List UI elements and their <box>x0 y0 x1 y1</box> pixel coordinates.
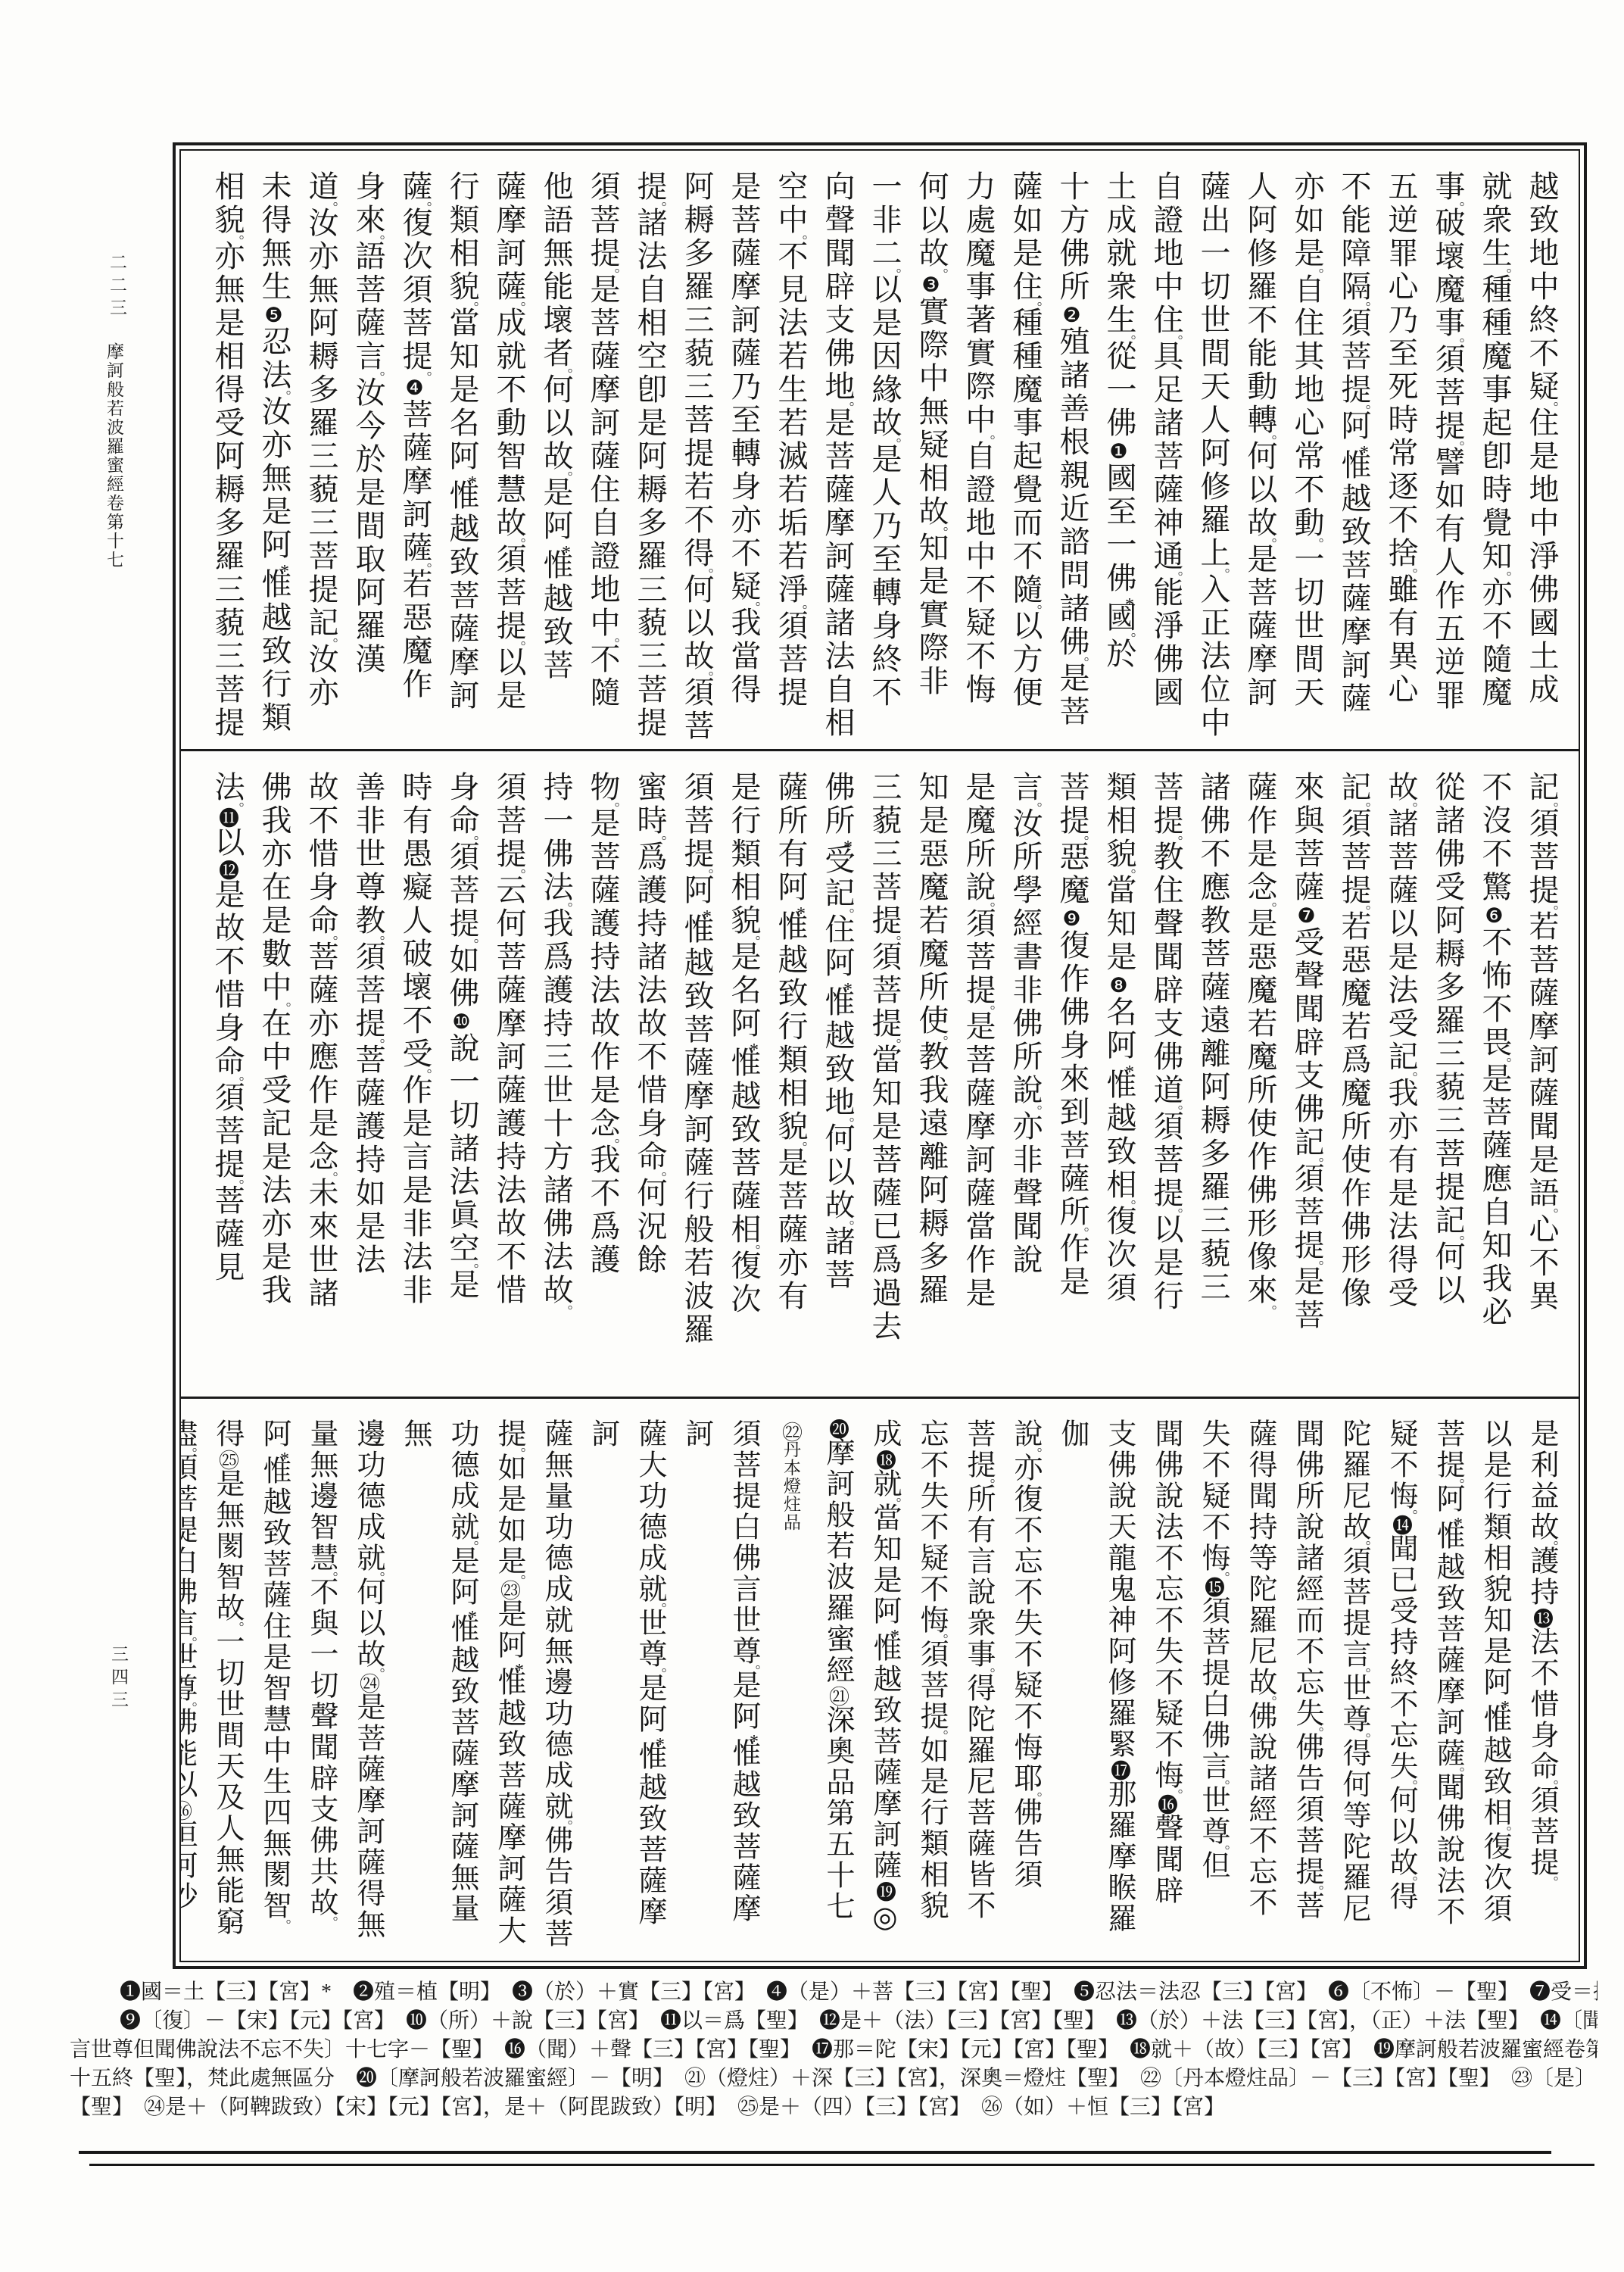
punctuation-mark: 。 <box>229 1621 245 1624</box>
text-column: 菩提。所有言說衆事。得陀羅尼菩薩皆不 <box>955 1418 1002 1955</box>
punctuation-mark: * <box>838 980 858 986</box>
apparatus-line: 十五終【聖】，梵此處無區分 ⓴〔摩訶般若波羅蜜經〕－【明】 ㉑（燈炷）＋深【三】… <box>70 2064 1598 2093</box>
margin-running-title: 摩訶般若波羅蜜經卷第十七 <box>101 342 126 570</box>
footnote-ref: ❺ <box>263 304 285 326</box>
punctuation-mark: 。 <box>1356 404 1371 407</box>
punctuation-mark: 。 <box>840 1117 855 1120</box>
footer-rule <box>79 2151 1551 2154</box>
punctuation-mark: 。 <box>511 641 526 644</box>
punctuation-mark: 。 <box>652 201 667 204</box>
punctuation-mark: * <box>1120 1063 1139 1069</box>
punctuation-mark: 。 <box>1403 1876 1418 1879</box>
register-a: 越致地中終不疑。住是地中淨佛國土成就衆生。種種魔事起卽時覺知。亦不隨魔事。破壞魔… <box>181 151 1579 749</box>
footnote-ref: ⓯ <box>1202 1577 1224 1596</box>
footnote-ref: ❹ <box>404 376 426 398</box>
punctuation-mark: * <box>556 543 576 549</box>
punctuation-mark: 。 <box>182 1702 198 1705</box>
punctuation-mark: 。 <box>1168 571 1183 574</box>
punctuation-mark: 。 <box>1356 802 1371 805</box>
footer-rule <box>89 2164 1594 2166</box>
punctuation-mark: 。 <box>605 268 620 271</box>
punctuation-mark: 。 <box>793 1141 808 1144</box>
text-column: 得㉕是無閡智故。一切世間天及人無能窮 <box>204 1418 251 1955</box>
text-column: 一非二。以是因緣故。是人乃至轉身終不 <box>861 170 908 743</box>
punctuation-mark: 。 <box>980 1668 996 1671</box>
punctuation-mark: 。 <box>652 1172 667 1175</box>
punctuation-mark: 。 <box>464 1540 479 1543</box>
punctuation-mark: 。 <box>323 1571 338 1574</box>
footnote-ref: ⓴ <box>826 1418 849 1437</box>
text-column: 空中。不見法若生若滅若垢若淨。須菩提 <box>767 170 814 743</box>
text-column: 知是惡魔若魔所使。教我遠離阿耨多羅 <box>908 771 955 1390</box>
punctuation-mark: * <box>744 1732 764 1738</box>
footnote-ref: ⓬ <box>216 860 238 879</box>
punctuation-mark: 。 <box>1168 835 1183 838</box>
punctuation-mark: * <box>838 838 858 844</box>
punctuation-mark: 。 <box>229 1179 245 1182</box>
punctuation-mark: 。 <box>1262 902 1277 905</box>
punctuation-mark: 。 <box>605 802 620 805</box>
punctuation-mark: * <box>1495 1698 1515 1704</box>
punctuation-mark: 。 <box>793 604 808 607</box>
punctuation-mark: 。 <box>1450 201 1465 204</box>
punctuation-mark: * <box>463 473 482 479</box>
punctuation-mark: 。 <box>464 835 479 838</box>
text-column: 是行類相貌。是名阿*惟越致菩薩相。復次 <box>720 771 767 1390</box>
text-column: 阿耨多羅三藐三菩提若不得。何以故。須菩 <box>673 170 720 743</box>
text-frame-inner: 越致地中終不疑。住是地中淨佛國土成就衆生。種種魔事起卽時覺知。亦不隨魔事。破壞魔… <box>179 149 1580 1962</box>
punctuation-mark: 。 <box>370 235 385 238</box>
text-column: 就衆生。種種魔事起卽時覺知。亦不隨魔 <box>1471 170 1518 743</box>
text-column: 薩得聞持等陀羅尼故。佛說諸經不忘不 <box>1236 1418 1283 1955</box>
punctuation-mark: 。 <box>1403 568 1418 571</box>
punctuation-mark: * <box>650 1735 670 1741</box>
punctuation-mark: 。 <box>793 235 808 238</box>
punctuation-mark: * <box>744 1041 764 1047</box>
punctuation-mark: 。 <box>323 1172 338 1175</box>
punctuation-mark: 。 <box>746 601 761 604</box>
text-column: 行類相貌。當知是名阿*惟越致菩薩摩訶 <box>438 170 485 743</box>
text-column: 是利益故。護持⓭法不惜身命。須菩提。 <box>1518 1418 1565 1955</box>
footnote-ref: ⓮ <box>1389 1515 1412 1534</box>
punctuation-mark: 。 <box>511 301 526 304</box>
footnote-ref: ❷ <box>1061 304 1083 326</box>
text-column: 提。如是如是。㉓是阿*惟越致菩薩摩訶薩大 <box>485 1418 532 1955</box>
punctuation-mark: 。 <box>1121 335 1136 338</box>
punctuation-mark: 。 <box>229 235 245 238</box>
text-column: 功德成就。是阿*惟越致菩薩摩訶薩無量無 <box>391 1418 485 1955</box>
punctuation-mark: 。 <box>1403 802 1418 805</box>
punctuation-mark: 。 <box>1027 802 1043 805</box>
footnote-ref: ㉒ <box>779 1422 802 1440</box>
punctuation-mark: 。 <box>652 835 667 838</box>
punctuation-mark: 。 <box>1309 268 1324 271</box>
punctuation-mark: 。 <box>558 1305 573 1308</box>
punctuation-mark: 。 <box>1074 657 1089 660</box>
punctuation-mark: 。 <box>1450 1767 1465 1770</box>
punctuation-mark: 。 <box>511 869 526 872</box>
punctuation-mark: 。 <box>746 1244 761 1247</box>
text-column: 是菩薩摩訶薩乃至轉身亦不疑。我當得 <box>720 170 767 743</box>
footnote-ref: ⓲ <box>873 1450 896 1468</box>
text-column: 亦如是。自住其地心常不動。一切世間天 <box>1283 170 1330 743</box>
punctuation-mark: 。 <box>1027 1792 1043 1795</box>
text-column: 相貌。亦無是相得受阿耨多羅三藐三菩提 <box>204 170 251 743</box>
text-column: 薩摩訶薩。成就不動智慧故。須菩提。以是 <box>485 170 532 743</box>
punctuation-mark: 。 <box>1450 1478 1465 1481</box>
punctuation-mark: 。 <box>605 1138 620 1141</box>
punctuation-mark: 。 <box>1074 835 1089 838</box>
text-column: 薩作是念。是惡魔若魔所使作佛形像來。 <box>1236 771 1283 1390</box>
text-column: 越致地中終不疑。住是地中淨佛國土成 <box>1518 170 1565 743</box>
punctuation-mark: 。 <box>1309 1157 1324 1160</box>
punctuation-mark: 。 <box>558 902 573 905</box>
punctuation-mark: 。 <box>511 1447 526 1450</box>
punctuation-mark: 。 <box>464 1263 479 1266</box>
text-column: 人阿修羅不能動轉。何以故。是菩薩摩訶 <box>1236 170 1283 743</box>
text-column: 失不疑不悔。⓯須菩提白佛言。世尊。但 <box>1189 1418 1236 1955</box>
footnote-ref: ㉖ <box>181 1800 192 1819</box>
footnote-ref: ⓭ <box>1530 1608 1553 1627</box>
text-column: ⓴摩訶般若波羅蜜經㉑深奧品第五十七 <box>814 1418 861 1955</box>
footnote-ref: ❸ <box>920 273 943 295</box>
punctuation-mark: * <box>275 1450 295 1456</box>
punctuation-mark: 。 <box>1356 1733 1371 1736</box>
punctuation-mark: 。 <box>1544 1780 1559 1783</box>
text-column: 身來。語菩薩言。汝今於是間取阿羅漢 <box>344 170 391 743</box>
punctuation-mark: 。 <box>887 438 902 441</box>
margin-folio-number: 二二三 <box>104 253 129 321</box>
punctuation-mark: 。 <box>1356 1668 1371 1671</box>
text-column: 邊功德成就。何以故。㉔是菩薩摩訶薩得無 <box>344 1418 391 1955</box>
register-b: 記。須菩提。若菩薩摩訶薩聞是語。心不異不沒不驚❻不怖不畏。是菩薩應自知我必從諸佛… <box>181 751 1579 1397</box>
text-column: 薩所有阿*惟越致行類相貌。是菩薩亦有 <box>767 771 814 1390</box>
text-column: 諸佛不應教菩薩遠離阿耨多羅三藐三 <box>1189 771 1236 1390</box>
text-column: 須菩提。阿*惟越致菩薩摩訶薩行般若波羅 <box>673 771 720 1390</box>
punctuation-mark: 。 <box>558 1820 573 1823</box>
punctuation-mark: 。 <box>1403 1780 1418 1783</box>
punctuation-mark: 。 <box>1544 802 1559 805</box>
punctuation-mark: 。 <box>323 935 338 938</box>
text-column: 薩。復次須菩提。❹菩薩摩訶薩。若惡魔作 <box>391 170 438 743</box>
footnote-ref: ❽ <box>1108 974 1130 996</box>
punctuation-mark: 。 <box>1356 905 1371 908</box>
punctuation-mark: 。 <box>746 935 761 938</box>
punctuation-mark: 。 <box>1497 1826 1512 1829</box>
text-column: 善非世尊教。須菩提。菩薩護持如是法 <box>344 771 391 1390</box>
punctuation-mark: 。 <box>1309 1260 1324 1263</box>
punctuation-mark: 。 <box>1074 1227 1089 1230</box>
text-column: 故不惜身命。菩薩亦應作是念。未來世諸 <box>298 771 344 1390</box>
text-column: 他語無能壞者。何以故。是阿*惟越致菩 <box>532 170 579 743</box>
punctuation-mark: 。 <box>840 401 855 404</box>
punctuation-mark: 。 <box>605 638 620 641</box>
punctuation-mark: * <box>1448 1515 1468 1521</box>
punctuation-mark: 。 <box>1262 435 1277 438</box>
footnote-ref: ❼ <box>1295 904 1318 926</box>
punctuation-mark: 。 <box>1544 1540 1559 1543</box>
punctuation-mark: 。 <box>276 1002 291 1005</box>
text-column: 未得無生❺忍法。汝亦無是阿*惟越致行類 <box>251 170 298 743</box>
footnote-ref: ⓳ <box>873 1881 896 1900</box>
punctuation-mark: 。 <box>1027 1447 1043 1450</box>
text-column: 時有愚癡人破壞不受。作是言是非法非 <box>391 771 438 1390</box>
text-column: 來與菩薩❼受聲聞辟支佛記。須菩提。是菩 <box>1283 771 1330 1390</box>
punctuation-mark: 。 <box>229 802 245 805</box>
punctuation-mark: 。 <box>699 671 714 674</box>
text-column: 道。汝亦無阿耨多羅三藐三菩提記。汝亦 <box>298 170 344 743</box>
punctuation-mark: 。 <box>1309 1727 1324 1730</box>
text-column: 薩無量功德成就無邊功德成就。佛告須菩 <box>532 1418 579 1955</box>
apparatus-line: 【聖】 ㉔是＋（阿鞞跋致）【宋】【元】【宮】，是＋（阿毘跋致）【明】 ㉕是＋（四… <box>70 2093 1598 2122</box>
punctuation-mark: * <box>791 904 811 910</box>
punctuation-mark: 。 <box>323 201 338 204</box>
punctuation-mark: 。 <box>1403 1072 1418 1075</box>
text-column: 量無邊智慧。不與一切聲聞辟支佛共故。 <box>298 1418 344 1955</box>
footnote-ref: ㉓ <box>497 1580 520 1599</box>
text-column: 自證地中住。具足諸菩薩神通。能淨佛國 <box>1142 170 1189 743</box>
punctuation-mark: 。 <box>1544 905 1559 908</box>
punctuation-mark: 。 <box>980 1478 996 1481</box>
punctuation-mark: 。 <box>1168 335 1183 338</box>
text-column: 說。亦復不忘不失不疑不悔耶。佛告須 <box>1002 1418 1049 1955</box>
punctuation-mark: 。 <box>1497 268 1512 271</box>
text-column: 以是行類相貌知是阿*惟越致相。復次須 <box>1471 1418 1518 1955</box>
text-column: 五逆罪心乃至死時常逐不捨。雖有異心 <box>1377 170 1424 743</box>
punctuation-mark: 。 <box>323 1916 338 1919</box>
punctuation-mark: 。 <box>887 268 902 271</box>
punctuation-mark: 。 <box>1403 1509 1418 1512</box>
punctuation-mark: 。 <box>417 1069 432 1072</box>
text-column: 是魔所說。須菩提。是菩薩摩訶薩當作是 <box>955 771 1002 1390</box>
punctuation-mark: 。 <box>511 1574 526 1578</box>
punctuation-mark: 。 <box>1262 1305 1277 1308</box>
punctuation-mark: * <box>697 907 717 913</box>
punctuation-mark: 。 <box>1121 632 1136 635</box>
punctuation-mark: 。 <box>840 1220 855 1223</box>
footnote-ref: ⓫ <box>216 807 238 826</box>
text-column: 類相貌。當知是❽名阿*惟越致相。復次須 <box>1096 771 1142 1390</box>
punctuation-mark: 。 <box>276 1919 291 1922</box>
apparatus-block: ❶國＝土【三】【宮】* ❷殖＝植【明】 ❸（於）＋實【三】【宮】 ❹（是）＋菩【… <box>70 1978 1598 2122</box>
text-column: 忘不失不疑不悔。須菩提。如是行類相貌 <box>908 1418 955 1955</box>
text-column: 薩出一切世間天人阿修羅上。入正法位中 <box>1189 170 1236 743</box>
footnote-ref: ㉑ <box>826 1686 849 1705</box>
punctuation-mark: 。 <box>276 390 291 393</box>
punctuation-mark: 。 <box>1168 1789 1183 1792</box>
punctuation-mark: 。 <box>511 538 526 541</box>
punctuation-mark: 。 <box>934 268 949 271</box>
punctuation-mark: 。 <box>464 301 479 304</box>
punctuation-mark: 。 <box>1262 1696 1277 1699</box>
text-column: 菩提。惡魔❾復作佛身來到菩薩所。作是 <box>1049 771 1096 1390</box>
text-column: 蜜時。爲護持諸法故不惜身命。何況餘 <box>626 771 673 1390</box>
punctuation-mark: 。 <box>370 371 385 374</box>
punctuation-mark: 。 <box>1356 301 1371 304</box>
text-column: 須菩提。是菩薩摩訶薩住自證地中。不隨 <box>579 170 626 743</box>
punctuation-mark: * <box>510 1661 529 1667</box>
punctuation-mark: 。 <box>1168 1208 1183 1211</box>
punctuation-mark: 。 <box>558 471 573 474</box>
text-column: 記。須菩提。若菩薩摩訶薩聞是語。心不異 <box>1518 771 1565 1390</box>
text-column: 不沒不驚❻不怖不畏。是菩薩應自知我必 <box>1471 771 1518 1390</box>
text-column: 薩大功德成就。世尊。是阿*惟越致菩薩摩訶 <box>579 1418 673 1955</box>
text-frame: 越致地中終不疑。住是地中淨佛國土成就衆生。種種魔事起卽時覺知。亦不隨魔事。破壞魔… <box>173 142 1587 1969</box>
text-column: 聞佛說法不忘不失不疑不悔。⓰聲聞辟 <box>1142 1418 1189 1955</box>
text-column: 疑不悔。⓮聞已受持終不忘失。何以故。得 <box>1377 1418 1424 1955</box>
punctuation-mark: 。 <box>370 1038 385 1041</box>
punctuation-mark: 。 <box>1121 869 1136 872</box>
text-column: 佛所*受記。住阿*惟越致地。何以故。諸菩 <box>814 771 861 1390</box>
text-column: 佛我亦在是數中。在中受記是法亦是我 <box>251 771 298 1390</box>
text-column: 力處魔事著實際中。自證地中不疑不悔 <box>955 170 1002 743</box>
scanned-sutra-page: { "page": { "margin_folio_number": "二二三"… <box>0 0 1624 2272</box>
punctuation-mark: 。 <box>652 1603 667 1606</box>
punctuation-mark: 。 <box>1215 1780 1230 1783</box>
punctuation-mark: 。 <box>699 568 714 571</box>
text-column: 向聲聞辟支佛地。是菩薩摩訶薩諸法自相 <box>814 170 861 743</box>
text-column: 薩如是住。種種魔事起覺而不隨。以方便 <box>1002 170 1049 743</box>
punctuation-mark: 。 <box>417 201 432 204</box>
punctuation-mark: 。 <box>1544 401 1559 404</box>
text-column: 菩提。教住聲聞辟支佛道。須菩提。以是行 <box>1142 771 1189 1390</box>
text-column: 三藐三菩提。須菩提。當知是菩薩已爲過去 <box>861 771 908 1390</box>
punctuation-mark: 。 <box>934 526 949 529</box>
punctuation-mark: 。 <box>980 435 996 438</box>
footnote-ref: ㉕ <box>216 1450 238 1468</box>
footnote-ref: ⓰ <box>1155 1794 1177 1813</box>
text-column: 聞佛所說諸經而不忘失。佛告須菩提。菩 <box>1283 1418 1330 1955</box>
punctuation-mark: * <box>1120 595 1139 601</box>
footnote-ref: ㉔ <box>357 1673 379 1692</box>
text-column: 提。諸法自相空卽是阿耨多羅三藐三菩提 <box>626 170 673 743</box>
footnote-ref: ❻ <box>1483 904 1506 926</box>
footnote-ref: ❾ <box>1061 907 1083 929</box>
text-column: 故。諸菩薩以是法受記。我亦有是法得受 <box>1377 771 1424 1390</box>
register-c: 是利益故。護持⓭法不惜身命。須菩提。以是行類相貌知是阿*惟越致相。復次須菩提。阿… <box>181 1399 1579 1961</box>
apparatus-line: ❾〔復〕－【宋】【元】【宮】 ❿（所）＋說【三】【宮】 ⓫以＝爲【聖】 ⓬是＋（… <box>70 2007 1598 2036</box>
punctuation-mark: 。 <box>746 1665 761 1668</box>
punctuation-mark: 。 <box>417 371 432 374</box>
punctuation-mark: 。 <box>1450 441 1465 444</box>
punctuation-mark: 。 <box>1309 1885 1324 1888</box>
text-column: 不能障隔。須菩提。阿*惟越致菩薩摩訶薩 <box>1330 170 1377 743</box>
apparatus-line: 言世尊但聞佛說法不忘不失〕十七字－【聖】 ⓰（聞）＋聲【三】【宮】【聖】 ⓱那＝… <box>70 2036 1598 2064</box>
punctuation-mark: 。 <box>323 638 338 641</box>
text-column: 記。須菩提。若惡魔若爲魔所使作佛形像 <box>1330 771 1377 1390</box>
text-column: 法。⓫以⓬是故不惜身命。須菩提。菩薩見 <box>204 771 251 1390</box>
text-column: 從諸佛受阿耨多羅三藐三菩提記。何以 <box>1424 771 1471 1390</box>
punctuation-mark: * <box>885 1627 905 1633</box>
text-column: 十方佛所❷殖諸善根親近諮問諸佛。是菩 <box>1049 170 1096 743</box>
punctuation-mark: 。 <box>1497 571 1512 574</box>
punctuation-mark: 。 <box>887 1497 902 1500</box>
text-column: 盡。須菩提白佛言。世尊。佛能以㉖恒河沙 <box>181 1418 204 1955</box>
margin-page-number: 三四三 <box>106 1645 131 1713</box>
punctuation-mark: * <box>275 562 295 568</box>
punctuation-mark: 。 <box>1215 568 1230 571</box>
punctuation-mark: 。 <box>1027 301 1043 304</box>
punctuation-mark: 。 <box>652 1668 667 1671</box>
text-column: 持一佛法。我爲護持三世十方諸佛法故。 <box>532 771 579 1390</box>
punctuation-mark: 。 <box>1262 538 1277 541</box>
apparatus-line: ❶國＝土【三】【宮】* ❷殖＝植【明】 ❸（於）＋實【三】【宮】 ❹（是）＋菩【… <box>70 1978 1598 2007</box>
text-column: 身命。須菩提。如佛❿說一切諸法眞空。是 <box>438 771 485 1390</box>
text-column: 菩提。阿*惟越致菩薩摩訶薩。聞佛說法不 <box>1424 1418 1471 1955</box>
punctuation-mark: 。 <box>887 935 902 938</box>
text-column: 土成就衆生。從一佛❶國至一佛*國。於 <box>1096 170 1142 743</box>
punctuation-mark: 。 <box>182 1447 198 1450</box>
punctuation-mark: * <box>463 1608 482 1614</box>
text-column: 事。破壞魔事。須菩提。譬如有人作五逆罪 <box>1424 170 1471 743</box>
punctuation-mark: 。 <box>1215 1845 1230 1848</box>
text-column: 支佛說天龍鬼神阿修羅緊⓱那羅摩睺羅伽 <box>1049 1418 1142 1955</box>
punctuation-mark: 。 <box>370 935 385 938</box>
punctuation-mark: 。 <box>1027 1105 1043 1108</box>
punctuation-mark: 。 <box>558 368 573 371</box>
punctuation-mark: 。 <box>980 902 996 905</box>
punctuation-mark: 。 <box>1168 1105 1183 1108</box>
punctuation-mark: 。 <box>1450 338 1465 341</box>
footnote-ref: ⓱ <box>1108 1760 1130 1779</box>
punctuation-mark: 。 <box>699 869 714 872</box>
punctuation-mark: 。 <box>887 1038 902 1041</box>
footnote-ref: ❶ <box>1108 440 1130 462</box>
punctuation-mark: 。 <box>840 908 855 911</box>
punctuation-mark: 。 <box>1497 1057 1512 1060</box>
punctuation-mark: 。 <box>182 1637 198 1640</box>
punctuation-mark: 。 <box>934 1634 949 1637</box>
punctuation-mark: 。 <box>1121 1200 1136 1203</box>
punctuation-mark: 。 <box>1215 1571 1230 1574</box>
punctuation-mark: 。 <box>1544 1876 1559 1879</box>
punctuation-mark: 。 <box>1356 1540 1371 1543</box>
text-column: 物。是菩薩護持法故作是念。我不爲護 <box>579 771 626 1390</box>
punctuation-mark: 。 <box>370 1668 385 1671</box>
punctuation-mark: 。 <box>370 1571 385 1574</box>
punctuation-mark: 。 <box>464 938 479 941</box>
punctuation-mark: 。 <box>1309 538 1324 541</box>
text-column: 成⓲就。當知是阿*惟越致菩薩摩訶薩⓳◎ <box>861 1418 908 1955</box>
punctuation-mark: 。 <box>1027 604 1043 607</box>
footnote-ref: ❿ <box>450 1010 473 1032</box>
punctuation-mark: 。 <box>229 1076 245 1079</box>
punctuation-mark: * <box>1354 443 1374 449</box>
punctuation-mark: 。 <box>1450 1235 1465 1238</box>
text-column: 阿*惟越致菩薩住是智慧中生四無閡智。 <box>251 1418 298 1955</box>
text-column: 何以故。❸實際中無疑相故。知是實際非 <box>908 170 955 743</box>
punctuation-mark: 。 <box>1544 1208 1559 1211</box>
punctuation-mark: 。 <box>934 1035 949 1038</box>
text-column: 陀羅尼故。須菩提言。世尊。得何等陀羅尼 <box>1330 1418 1377 1955</box>
text-column: 言。汝所學經書非佛所說。亦非聲聞說 <box>1002 771 1049 1390</box>
punctuation-mark: 。 <box>417 563 432 566</box>
text-column: 須菩提白佛言世尊。是阿*惟越致菩薩摩訶 <box>673 1418 767 1955</box>
punctuation-mark: 。 <box>934 1730 949 1733</box>
punctuation-mark: 。 <box>980 1005 996 1008</box>
text-column: 須菩提。云何菩薩摩訶薩護持法故不惜 <box>485 771 532 1390</box>
text-column: ㉒丹本燈炷品 <box>767 1418 814 1955</box>
